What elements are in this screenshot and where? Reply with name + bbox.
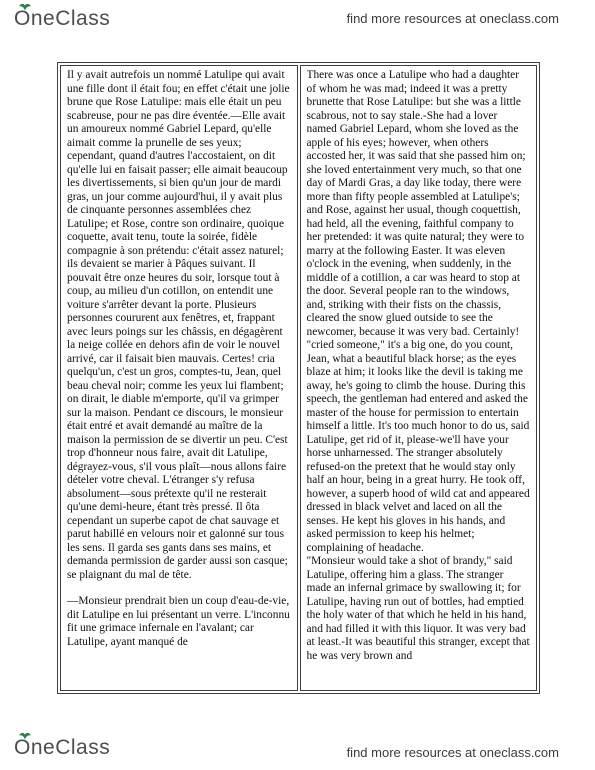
leaf-icon [18, 731, 32, 740]
header-resources-link[interactable]: find more resources at oneclass.com [347, 11, 559, 26]
french-paragraph-1: Il y avait autrefois un nommé Latulipe q… [67, 69, 291, 582]
english-paragraph-1: There was once a Latulipe who had a daug… [307, 69, 531, 555]
french-text: Il y avait autrefois un nommé Latulipe q… [67, 69, 291, 687]
french-column-cell: Il y avait autrefois un nommé Latulipe q… [60, 65, 298, 691]
header-oneclass-logo[interactable]: OneClass [14, 7, 110, 31]
leaf-icon [18, 2, 32, 11]
english-paragraph-2: "Monsieur would take a shot of brandy," … [307, 555, 531, 663]
table-row: Il y avait autrefois un nommé Latulipe q… [60, 65, 537, 691]
page: OneClass find more resources at oneclass… [0, 0, 595, 770]
footer-resources-link[interactable]: find more resources at oneclass.com [347, 745, 559, 760]
english-text: There was once a Latulipe who had a daug… [307, 69, 531, 687]
translation-table: Il y avait autrefois un nommé Latulipe q… [57, 62, 540, 694]
footer-oneclass-logo[interactable]: OneClass [14, 736, 110, 760]
english-column-cell: There was once a Latulipe who had a daug… [300, 65, 538, 691]
french-paragraph-2: —Monsieur prendrait bien un coup d'eau-d… [67, 595, 291, 649]
